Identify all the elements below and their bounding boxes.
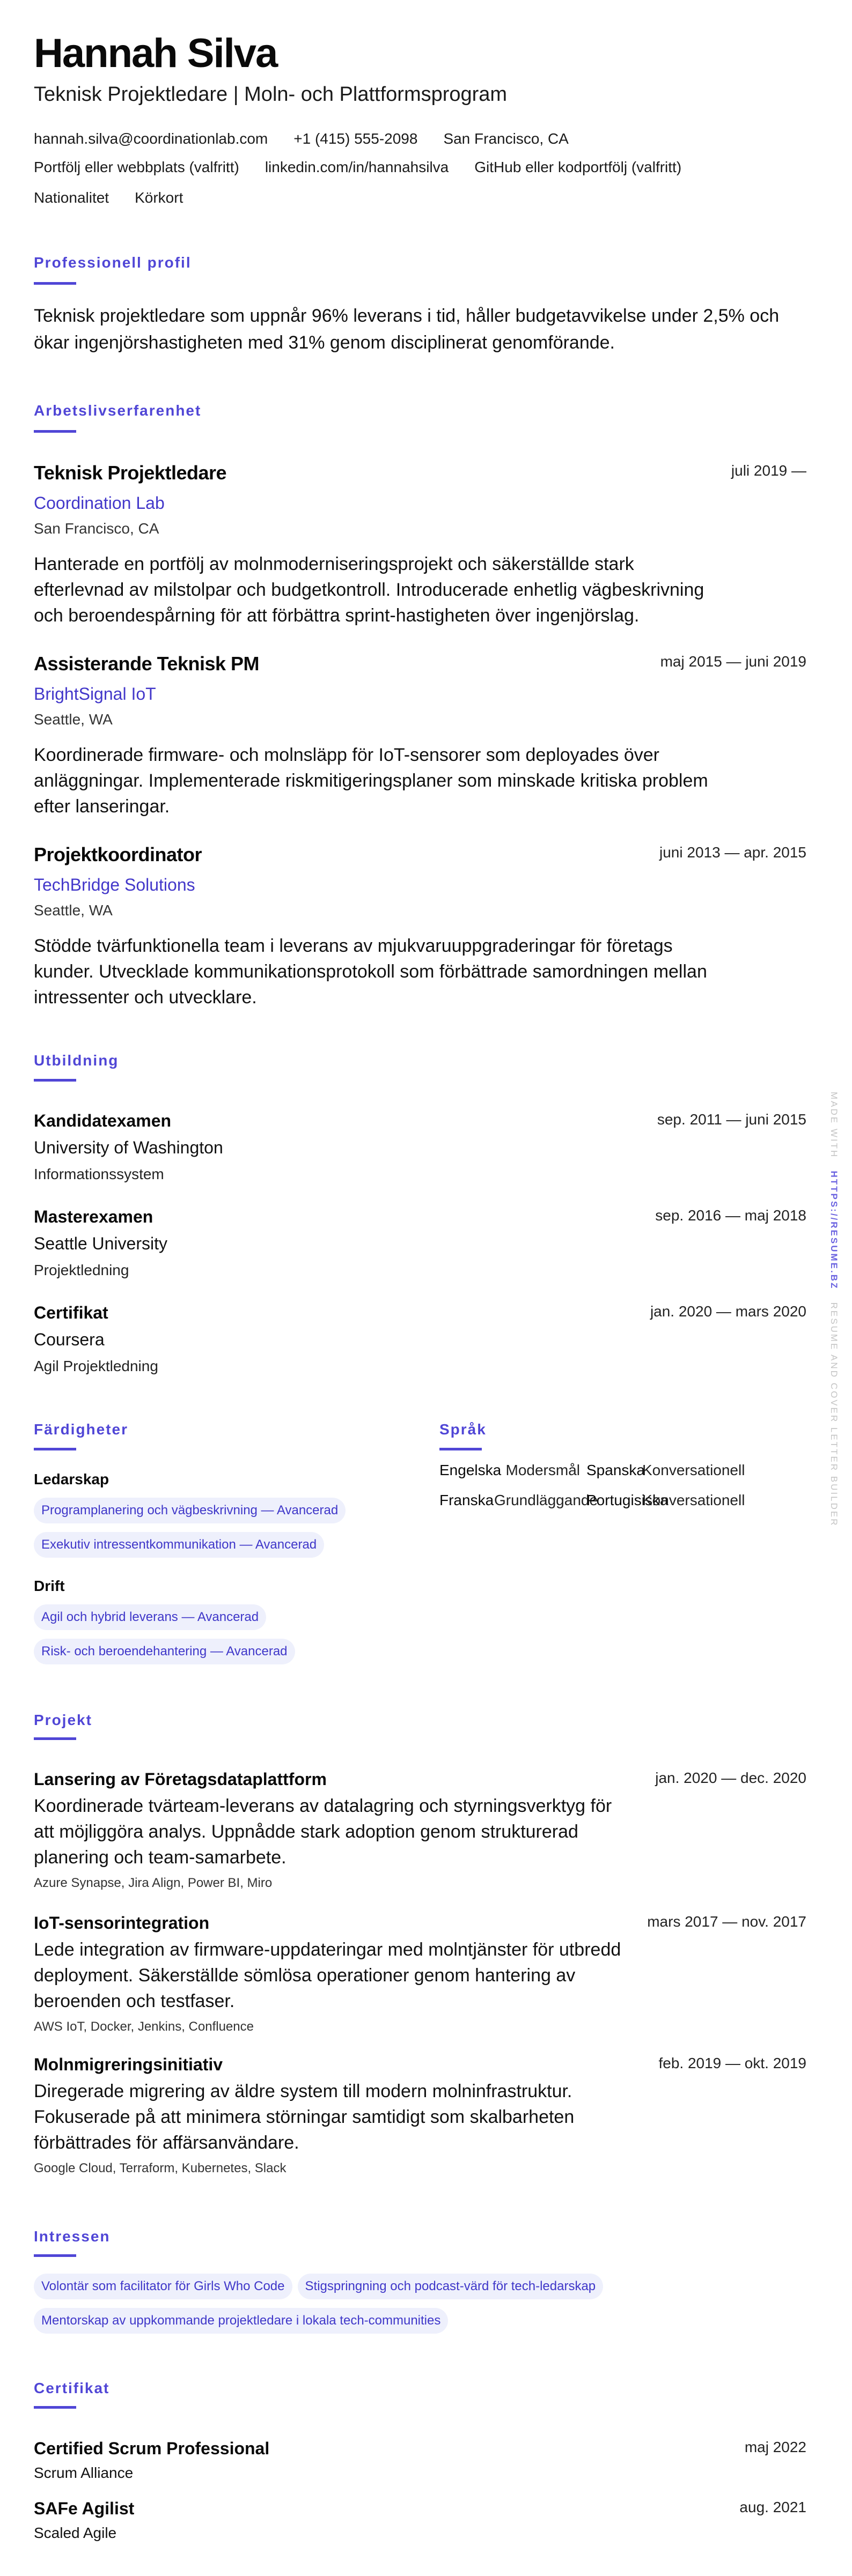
profile-summary: Teknisk projektledare som uppnår 96% lev… <box>34 302 806 356</box>
project-tech-stack: AWS IoT, Docker, Jenkins, Confluence <box>34 2020 806 2033</box>
language-name: Spanska <box>586 1463 636 1478</box>
interest-chip: Stigspringning och podcast-värd för tech… <box>298 2274 604 2299</box>
interest-chip: Volontär som facilitator för Girls Who C… <box>34 2274 292 2299</box>
education-dates: jan. 2020 — mars 2020 <box>650 1304 806 1319</box>
certification-title: Certified Scrum Professional <box>34 2440 806 2457</box>
project-dates: jan. 2020 — dec. 2020 <box>655 1771 806 1786</box>
candidate-headline: Teknisk Projektledare | Moln- och Plattf… <box>34 84 507 105</box>
job-company: BrightSignal IoT <box>34 685 806 702</box>
section-title-interests: Intressen <box>34 2229 111 2244</box>
project-dates: mars 2017 — nov. 2017 <box>647 1914 806 1929</box>
job-location: Seattle, WA <box>34 712 806 727</box>
job-dates: maj 2015 — juni 2019 <box>660 654 806 669</box>
project-description: Diregerade migrering av äldre system til… <box>34 2078 635 2156</box>
project-description: Lede integration av firmware-uppdatering… <box>34 1937 635 2014</box>
experience-entry: Assisterande Teknisk PM maj 2015 — juni … <box>34 654 806 819</box>
skill-group: Ledarskap Programplanering och vägbeskri… <box>34 1472 346 1558</box>
skill-chip: Agil och hybrid leverans — Avancerad <box>34 1604 266 1630</box>
education-school: University of Washington <box>34 1139 806 1156</box>
language-level: Konversationell <box>642 1463 744 1478</box>
job-location: Seattle, WA <box>34 903 806 918</box>
section-title-certifications: Certifikat <box>34 2381 109 2396</box>
certification-entry: SAFe Agilist aug. 2021 Scaled Agile <box>34 2500 806 2541</box>
section-divider <box>439 1448 482 1450</box>
section-title-skills: Färdigheter <box>34 1422 128 1437</box>
contact-row-extra: Nationalitet Körkort <box>34 190 183 205</box>
project-tech-stack: Azure Synapse, Jira Align, Power BI, Mir… <box>34 1877 806 1890</box>
certification-date: maj 2022 <box>745 2440 806 2455</box>
education-entry: Kandidatexamen sep. 2011 — juni 2015 Uni… <box>34 1112 806 1182</box>
job-description: Koordinerade firmware- och molnsläpp för… <box>34 742 710 819</box>
job-title: Teknisk Projektledare <box>34 463 806 483</box>
candidate-name: Hannah Silva <box>34 33 277 74</box>
experience-entry: Projektkoordinator juni 2013 — apr. 2015… <box>34 845 806 1010</box>
job-dates: juni 2013 — apr. 2015 <box>659 845 806 860</box>
job-description: Hanterade en portfölj av molnmoderniseri… <box>34 551 710 628</box>
education-entry: Certifikat jan. 2020 — mars 2020 Courser… <box>34 1304 806 1374</box>
contact-linkedin[interactable]: linkedin.com/in/hannahsilva <box>265 160 449 175</box>
section-title-education: Utbildning <box>34 1053 119 1068</box>
watermark-link[interactable]: HTTPS://RESUME.BZ <box>829 1171 839 1290</box>
project-description: Koordinerade tvärteam-leverans av datala… <box>34 1793 635 1870</box>
job-company: Coordination Lab <box>34 494 806 512</box>
project-entry: Molnmigreringsinitiativ feb. 2019 — okt.… <box>34 2056 806 2175</box>
contact-license: Körkort <box>135 190 183 205</box>
certification-entry: Certified Scrum Professional maj 2022 Sc… <box>34 2440 806 2481</box>
section-divider <box>34 282 76 285</box>
certification-issuer: Scrum Alliance <box>34 2466 806 2481</box>
certification-issuer: Scaled Agile <box>34 2526 806 2541</box>
language-name: Portugisiska <box>586 1493 636 1508</box>
education-school: Seattle University <box>34 1235 806 1252</box>
watermark-suffix: RESUME AND COVER LETTER BUILDER <box>829 1302 839 1527</box>
education-school: Coursera <box>34 1331 806 1348</box>
language-list: Engelska Modersmål Spanska Konversatione… <box>439 1463 744 1508</box>
job-dates: juli 2019 — <box>731 463 806 478</box>
contact-location: San Francisco, CA <box>443 131 568 146</box>
contact-phone[interactable]: +1 (415) 555-2098 <box>293 131 417 146</box>
education-field: Agil Projektledning <box>34 1359 806 1374</box>
section-title-experience: Arbetslivserfarenhet <box>34 403 201 418</box>
contact-email[interactable]: hannah.silva@coordinationlab.com <box>34 131 268 146</box>
section-divider <box>34 430 76 433</box>
contact-github[interactable]: GitHub eller kodportfölj (valfritt) <box>474 160 681 175</box>
skill-group-title: Ledarskap <box>34 1472 346 1487</box>
skill-group: Drift Agil och hybrid leverans — Avancer… <box>34 1579 295 1664</box>
contact-portfolio[interactable]: Portfölj eller webbplats (valfritt) <box>34 160 239 175</box>
interest-chip: Mentorskap av uppkommande projektledare … <box>34 2308 448 2334</box>
language-name: Engelska <box>439 1463 488 1478</box>
language-name: Franska <box>439 1493 488 1508</box>
job-company: TechBridge Solutions <box>34 876 806 893</box>
interest-list: Volontär som facilitator för Girls Who C… <box>34 2274 806 2334</box>
education-entry: Masterexamen sep. 2016 — maj 2018 Seattl… <box>34 1208 806 1278</box>
project-dates: feb. 2019 — okt. 2019 <box>658 2056 806 2071</box>
project-entry: Lansering av Företagsdataplattform jan. … <box>34 1771 806 1890</box>
language-level: Modersmål <box>494 1463 580 1478</box>
skill-chip: Exekutiv intressentkommunikation — Avanc… <box>34 1532 324 1558</box>
watermark-prefix: MADE WITH <box>829 1092 839 1158</box>
watermark: MADE WITH HTTPS://RESUME.BZ RESUME AND C… <box>829 1092 839 1527</box>
certification-date: aug. 2021 <box>739 2500 806 2515</box>
education-field: Informationssystem <box>34 1167 806 1182</box>
job-description: Stödde tvärfunktionella team i leverans … <box>34 933 710 1010</box>
section-divider <box>34 1448 76 1450</box>
education-dates: sep. 2016 — maj 2018 <box>655 1208 806 1223</box>
section-divider <box>34 2254 76 2257</box>
skill-group-title: Drift <box>34 1579 295 1594</box>
skill-chip: Programplanering och vägbeskrivning — Av… <box>34 1498 346 1523</box>
project-entry: IoT-sensorintegration mars 2017 — nov. 2… <box>34 1914 806 2033</box>
job-location: San Francisco, CA <box>34 521 806 536</box>
section-divider <box>34 1079 76 1082</box>
section-title-profile: Professionell profil <box>34 255 192 270</box>
skill-chip: Risk- och beroendehantering — Avancerad <box>34 1639 295 1664</box>
contact-nationality: Nationalitet <box>34 190 109 205</box>
project-tech-stack: Google Cloud, Terraform, Kubernetes, Sla… <box>34 2162 806 2175</box>
section-title-projects: Projekt <box>34 1713 92 1728</box>
language-level: Grundläggande <box>494 1493 580 1508</box>
contact-row-primary: hannah.silva@coordinationlab.com +1 (415… <box>34 131 569 146</box>
language-level: Konversationell <box>642 1493 744 1508</box>
contact-row-links: Portfölj eller webbplats (valfritt) link… <box>34 160 681 175</box>
section-divider <box>34 1737 76 1740</box>
experience-entry: Teknisk Projektledare juli 2019 — Coordi… <box>34 463 806 628</box>
section-title-languages: Språk <box>439 1422 487 1437</box>
education-dates: sep. 2011 — juni 2015 <box>657 1112 806 1127</box>
section-divider <box>34 2406 76 2409</box>
certification-title: SAFe Agilist <box>34 2500 806 2517</box>
education-field: Projektledning <box>34 1263 806 1278</box>
